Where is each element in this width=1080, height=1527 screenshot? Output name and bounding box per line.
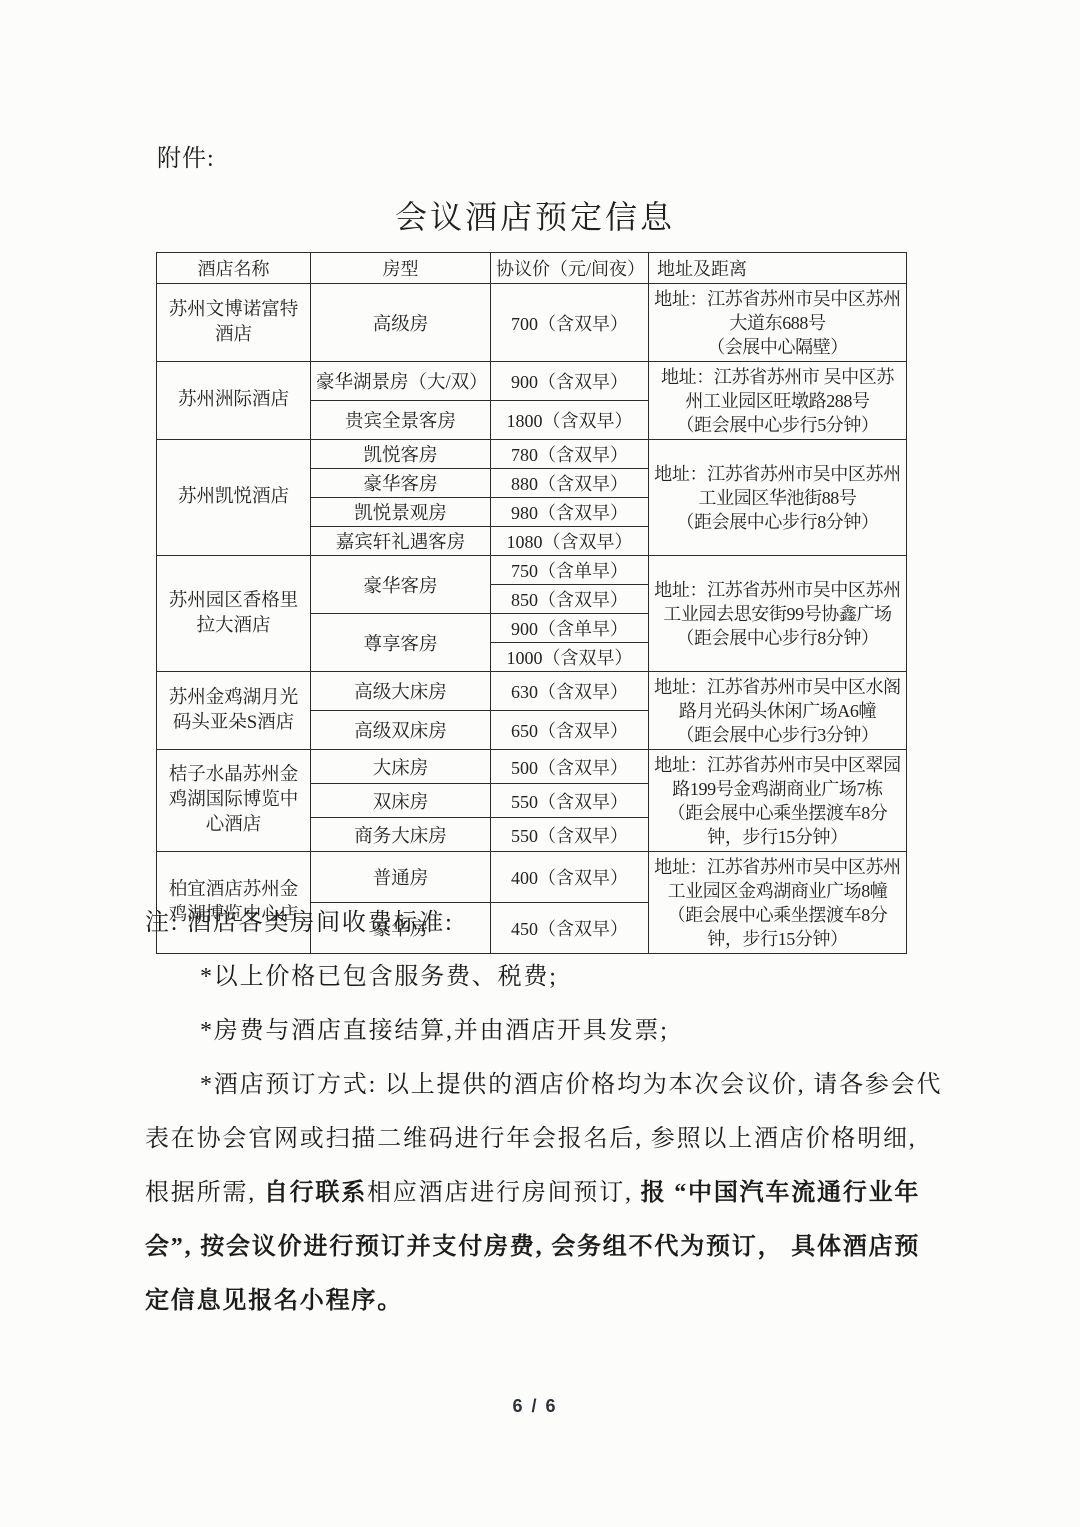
table-row: 苏州金鸡湖月光码头亚朵S酒店高级大床房630（含双早）地址：江苏省苏州市吴中区水… [157, 672, 907, 711]
table-row: 柏宜酒店苏州金鸡湖博览中心店普通房400（含双早）地址：江苏省苏州市吴中区苏州工… [157, 852, 907, 903]
note-bullet: *以上价格已包含服务费、税费; [145, 962, 945, 993]
hotel-name-cell: 苏州洲际酒店 [157, 362, 311, 440]
room-type-cell: 商务大床房 [311, 818, 491, 852]
paragraph-line: 根据所需, 自行联系相应酒店进行房间预订, 报 “中国汽车流通行业年 [145, 1178, 945, 1209]
price-cell: 980（含双早） [491, 498, 649, 527]
price-cell: 650（含双早） [491, 711, 649, 750]
room-type-cell: 普通房 [311, 852, 491, 903]
room-type-cell: 高级房 [311, 284, 491, 362]
table-row: 桔子水晶苏州金鸡湖国际博览中心酒店大床房500（含双早）地址：江苏省苏州市吴中区… [157, 750, 907, 784]
price-cell: 400（含双早） [491, 852, 649, 903]
price-cell: 1800（含双早） [491, 401, 649, 440]
attachment-label: 附件: [157, 138, 215, 173]
paragraph-line: 定信息见报名小程序。 [145, 1286, 945, 1317]
table-row: 苏州园区香格里拉大酒店豪华客房750（含单早）地址：江苏省苏州市吴中区苏州工业园… [157, 556, 907, 585]
price-cell: 780（含双早） [491, 440, 649, 469]
price-cell: 880（含双早） [491, 469, 649, 498]
price-cell: 550（含双早） [491, 818, 649, 852]
paragraph-line: 表在协会官网或扫描二维码进行年会报名后, 参照以上酒店价格明细, [145, 1124, 945, 1155]
notes-heading: 注: 酒店各类房间收费标准: [145, 908, 945, 939]
room-type-cell: 高级大床房 [311, 672, 491, 711]
hotel-table: 酒店名称房型协议价（元/间夜）地址及距离 苏州文博诺富特酒店高级房700（含双早… [156, 252, 907, 954]
address-cell: 地址：江苏省苏州市吴中区翠园路199号金鸡湖商业广场7栋（距会展中心乘坐摆渡车8… [649, 750, 907, 852]
hotel-name-cell: 桔子水晶苏州金鸡湖国际博览中心酒店 [157, 750, 311, 852]
address-cell: 地址：江苏省苏州市吴中区苏州工业园去思安街99号协鑫广场（距会展中心步行8分钟） [649, 556, 907, 672]
table-row: 苏州凯悦酒店凯悦客房780（含双早）地址：江苏省苏州市吴中区苏州工业园区华池街8… [157, 440, 907, 469]
column-header: 房型 [311, 253, 491, 284]
room-type-cell: 凯悦客房 [311, 440, 491, 469]
price-cell: 500（含双早） [491, 750, 649, 784]
price-cell: 550（含双早） [491, 784, 649, 818]
address-cell: 地址：江苏省苏州市 吴中区苏州工业园区旺墩路288号（距会展中心步行5分钟） [649, 362, 907, 440]
room-type-cell: 豪华湖景房（大/双） [311, 362, 491, 401]
paragraph-line: *酒店预订方式: 以上提供的酒店价格均为本次会议价, 请各参会代 [145, 1070, 945, 1101]
hotel-name-cell: 苏州金鸡湖月光码头亚朵S酒店 [157, 672, 311, 750]
room-type-cell: 尊享客房 [311, 614, 491, 672]
price-cell: 900（含单早） [491, 614, 649, 643]
room-type-cell: 高级双床房 [311, 711, 491, 750]
price-cell: 630（含双早） [491, 672, 649, 711]
table-header-row: 酒店名称房型协议价（元/间夜）地址及距离 [157, 253, 907, 284]
note-bullet: *房费与酒店直接结算,并由酒店开具发票; [145, 1016, 945, 1047]
room-type-cell: 大床房 [311, 750, 491, 784]
table-row: 苏州文博诺富特酒店高级房700（含双早）地址：江苏省苏州市吴中区苏州大道东688… [157, 284, 907, 362]
column-header: 地址及距离 [649, 253, 907, 284]
document-page: 附件: 会议酒店预定信息 酒店名称房型协议价（元/间夜）地址及距离 苏州文博诺富… [0, 0, 1080, 1527]
paragraph-line: 会”, 按会议价进行预订并支付房费, 会务组不代为预订， 具体酒店预 [145, 1232, 945, 1263]
price-cell: 750（含单早） [491, 556, 649, 585]
price-cell: 700（含双早） [491, 284, 649, 362]
hotel-name-cell: 苏州凯悦酒店 [157, 440, 311, 556]
price-cell: 1000（含双早） [491, 643, 649, 672]
address-cell: 地址：江苏省苏州市吴中区苏州大道东688号（会展中心隔壁） [649, 284, 907, 362]
hotel-name-cell: 苏州园区香格里拉大酒店 [157, 556, 311, 672]
price-cell: 850（含双早） [491, 585, 649, 614]
hotel-table-body: 苏州文博诺富特酒店高级房700（含双早）地址：江苏省苏州市吴中区苏州大道东688… [157, 284, 907, 954]
room-type-cell: 豪华客房 [311, 556, 491, 614]
room-type-cell: 嘉宾轩礼遇客房 [311, 527, 491, 556]
room-type-cell: 豪华客房 [311, 469, 491, 498]
document-title: 会议酒店预定信息 [0, 192, 1070, 238]
notes-paragraph: *酒店预订方式: 以上提供的酒店价格均为本次会议价, 请各参会代表在协会官网或扫… [145, 1070, 945, 1317]
room-type-cell: 贵宾全景客房 [311, 401, 491, 440]
column-header: 酒店名称 [157, 253, 311, 284]
address-cell: 地址：江苏省苏州市吴中区水阁路月光码头休闲广场A6幢（距会展中心步行3分钟） [649, 672, 907, 750]
room-type-cell: 凯悦景观房 [311, 498, 491, 527]
price-cell: 900（含双早） [491, 362, 649, 401]
address-cell: 地址：江苏省苏州市吴中区苏州工业园区华池街88号（距会展中心步行8分钟） [649, 440, 907, 556]
column-header: 协议价（元/间夜） [491, 253, 649, 284]
price-cell: 1080（含双早） [491, 527, 649, 556]
table-row: 苏州洲际酒店豪华湖景房（大/双）900（含双早）地址：江苏省苏州市 吴中区苏州工… [157, 362, 907, 401]
hotel-name-cell: 苏州文博诺富特酒店 [157, 284, 311, 362]
room-type-cell: 双床房 [311, 784, 491, 818]
notes-section: 注: 酒店各类房间收费标准: *以上价格已包含服务费、税费; *房费与酒店直接结… [145, 908, 945, 1340]
page-number: 6 / 6 [0, 1396, 1070, 1417]
